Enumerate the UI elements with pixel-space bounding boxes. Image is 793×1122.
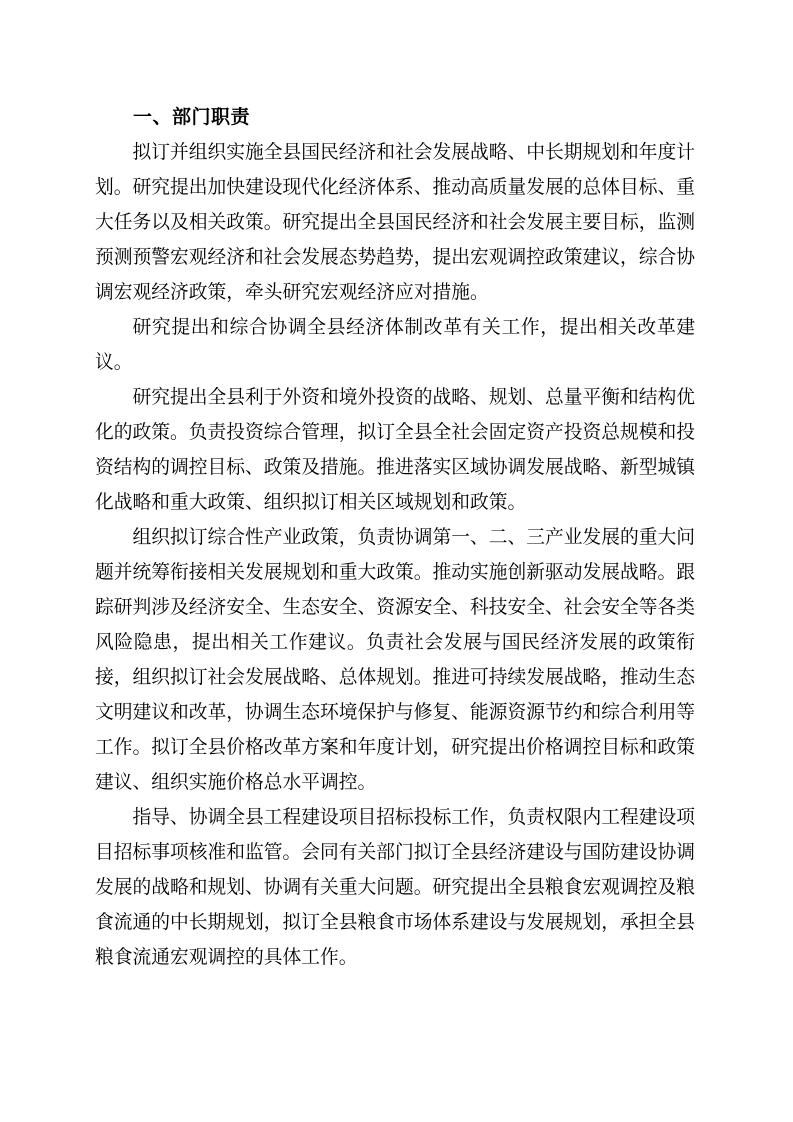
document-page: 一、部门职责 拟订并组织实施全县国民经济和社会发展战略、中长期规划和年度计划。研… bbox=[0, 0, 793, 1122]
paragraph-investment: 研究提出全县利于外资和境外投资的战略、规划、总量平衡和结构优化的政策。负责投资综… bbox=[95, 380, 695, 520]
paragraph-industry-policy: 组织拟订综合性产业政策，负责协调第一、二、三产业发展的重大问题并统筹衔接相关发展… bbox=[95, 520, 695, 800]
paragraph-macro-economy: 拟订并组织实施全县国民经济和社会发展战略、中长期规划和年度计划。研究提出加快建设… bbox=[95, 135, 695, 310]
paragraph-system-reform: 研究提出和综合协调全县经济体制改革有关工作，提出相关改革建议。 bbox=[95, 310, 695, 380]
document-content: 一、部门职责 拟订并组织实施全县国民经济和社会发展战略、中长期规划和年度计划。研… bbox=[95, 100, 695, 975]
paragraph-bidding-grain: 指导、协调全县工程建设项目招标投标工作，负责权限内工程建设项目招标事项核准和监管… bbox=[95, 800, 695, 975]
section-heading: 一、部门职责 bbox=[95, 100, 695, 135]
